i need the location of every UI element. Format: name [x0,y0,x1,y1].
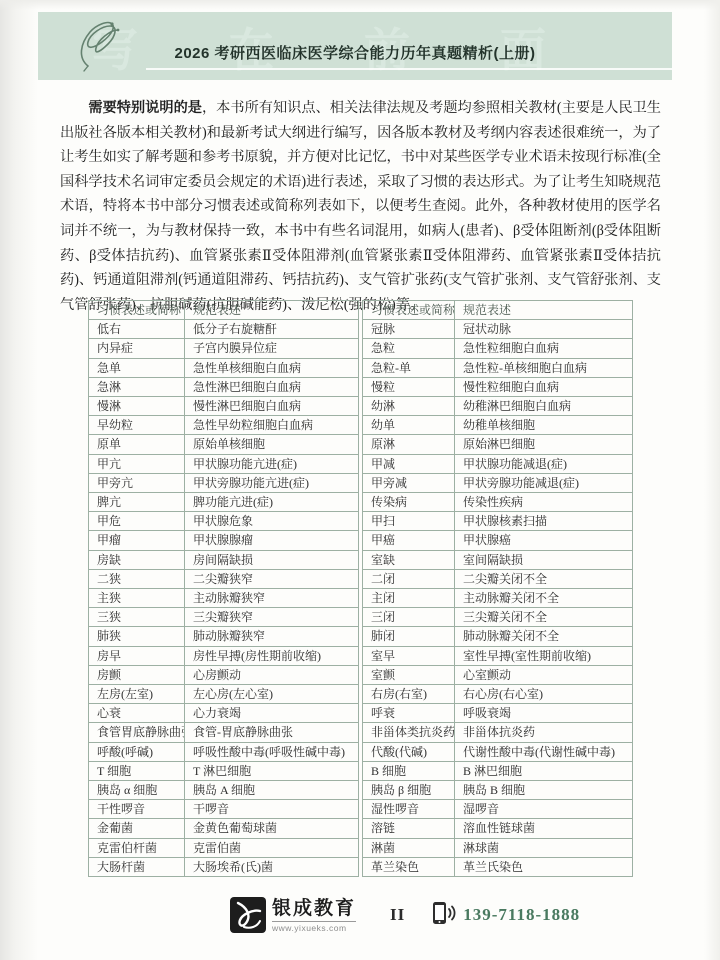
table-row: 急单急性单核细胞白血病 [89,358,359,377]
table-row: 慢淋慢性淋巴细胞白血病 [89,397,359,416]
table-cell: 室早 [363,646,455,665]
table-row: 食管胃底静脉曲张食管-胃底静脉曲张 [89,723,359,742]
phone-number: 139-7118-1888 [463,905,580,925]
table-row: 早幼粒急性早幼粒细胞白血病 [89,416,359,435]
table-row: 三闭三尖瓣关闭不全 [363,608,633,627]
table-cell: 甲旁减 [363,473,455,492]
table-cell: 急性单核细胞白血病 [185,358,359,377]
phone-icon [431,900,457,931]
table-row: 甲旁亢甲状旁腺功能亢进(症) [89,473,359,492]
table-cell: 金黄色葡萄球菌 [185,819,359,838]
table-row: 主闭主动脉瓣关闭不全 [363,589,633,608]
table-row: 室颤心室颤动 [363,665,633,684]
table-cell: 左心房(左心室) [185,685,359,704]
table-cell: 幼稚单核细胞 [455,416,633,435]
table-cell: 右心房(右心室) [455,685,633,704]
table-cell: 急单 [89,358,185,377]
table-cell: 心力衰竭 [185,704,359,723]
table-cell: 甲状旁腺功能亢进(症) [185,473,359,492]
table-row: 慢粒慢性粒细胞白血病 [363,377,633,396]
table-cell: 脾亢 [89,493,185,512]
table-cell: 革兰染色 [363,857,455,876]
table-cell: 食管-胃底静脉曲张 [185,723,359,742]
table-cell: 原始淋巴细胞 [455,435,633,454]
table-header-row: 习惯表述或简称 规范表述 [89,301,359,320]
table-cell: 甲瘤 [89,531,185,550]
table-row: 湿性啰音湿啰音 [363,800,633,819]
table-cell: 干啰音 [185,800,359,819]
table-row: 房颤心房颤动 [89,665,359,684]
table-cell: 心室颤动 [455,665,633,684]
table-cell: 幼淋 [363,397,455,416]
table-row: 原淋原始淋巴细胞 [363,435,633,454]
table-cell: 肺动脉瓣关闭不全 [455,627,633,646]
table-row: 原单原始单核细胞 [89,435,359,454]
table-row: 房早房性早搏(房性期前收缩) [89,646,359,665]
table-cell: 二狭 [89,569,185,588]
table-cell: 呼吸衰竭 [455,704,633,723]
table-row: 急粒急性粒细胞白血病 [363,339,633,358]
table-cell: 原单 [89,435,185,454]
table-cell: 胰岛 α 细胞 [89,781,185,800]
table-row: 甲癌甲状腺癌 [363,531,633,550]
table-cell: 肺狭 [89,627,185,646]
table-cell: 幼稚淋巴细胞白血病 [455,397,633,416]
table-cell: 心衰 [89,704,185,723]
table-row: 左房(左室)左心房(左心室) [89,685,359,704]
table-cell: 溶链 [363,819,455,838]
table-row: 代酸(代碱)代谢性酸中毒(代谢性碱中毒) [363,742,633,761]
table-row: 主狭主动脉瓣狭窄 [89,589,359,608]
table-cell: 胰岛 β 细胞 [363,781,455,800]
table-cell: 主动脉瓣狭窄 [185,589,359,608]
table-row: T 细胞T 淋巴细胞 [89,761,359,780]
table-row: 室早室性早搏(室性期前收缩) [363,646,633,665]
table-cell: 慢淋 [89,397,185,416]
publisher-website: www.yixueks.com [272,921,356,933]
table-cell: 原始单核细胞 [185,435,359,454]
banner-decorative-line [146,68,672,70]
table-cell: 食管胃底静脉曲张 [89,723,185,742]
table-cell: 房早 [89,646,185,665]
table-cell: 甲状腺癌 [455,531,633,550]
publisher-logo-icon [230,897,266,933]
table-cell: 急性早幼粒细胞白血病 [185,416,359,435]
table-cell: 甲状腺功能亢进(症) [185,454,359,473]
table-cell: 急性粒细胞白血病 [455,339,633,358]
column-header-habitual: 习惯表述或简称 [363,301,455,320]
table-cell: 急性粒-单核细胞白血病 [455,358,633,377]
table-cell: 子宫内膜异位症 [185,339,359,358]
table-row: 心衰心力衰竭 [89,704,359,723]
table-cell: 淋菌 [363,838,455,857]
table-cell: 早幼粒 [89,416,185,435]
table-row: 大肠杆菌大肠埃希(氏)菌 [89,857,359,876]
table-row: 胰岛 α 细胞胰岛 A 细胞 [89,781,359,800]
table-cell: 甲状腺核素扫描 [455,512,633,531]
table-row: 二闭二尖瓣关闭不全 [363,569,633,588]
table-cell: 房颤 [89,665,185,684]
table-header-row: 习惯表述或简称 规范表述 [363,301,633,320]
table-row: 急淋急性淋巴细胞白血病 [89,377,359,396]
table-cell: 甲亢 [89,454,185,473]
glossary-table-right: 习惯表述或简称 规范表述 冠脉冠状动脉急粒急性粒细胞白血病急粒-单急性粒-单核细… [362,300,633,877]
table-row: 甲扫甲状腺核素扫描 [363,512,633,531]
table-row: 冠脉冠状动脉 [363,320,633,339]
table-cell: 大肠埃希(氏)菌 [185,857,359,876]
table-cell: 代谢性酸中毒(代谢性碱中毒) [455,742,633,761]
table-cell: T 淋巴细胞 [185,761,359,780]
table-cell: 克雷伯杆菌 [89,838,185,857]
table-cell: 代酸(代碱) [363,742,455,761]
table-row: 革兰染色革兰氏染色 [363,857,633,876]
table-cell: 甲状腺腺瘤 [185,531,359,550]
table-row: 三狭三尖瓣狭窄 [89,608,359,627]
table-cell: 肺闭 [363,627,455,646]
table-cell: 传染性疾病 [455,493,633,512]
table-cell: 三尖瓣关闭不全 [455,608,633,627]
table-cell: 呼吸性酸中毒(呼吸性碱中毒) [185,742,359,761]
table-cell: B 细胞 [363,761,455,780]
table-cell: 室间隔缺损 [455,550,633,569]
table-cell: 甲旁亢 [89,473,185,492]
table-row: 淋菌淋球菌 [363,838,633,857]
table-row: 肺狭肺动脉瓣狭窄 [89,627,359,646]
table-cell: 房性早搏(房性期前收缩) [185,646,359,665]
table-cell: 三狭 [89,608,185,627]
table-cell: 甲状旁腺功能减退(症) [455,473,633,492]
publisher-name: 银成教育 [272,898,356,920]
page-footer: 银成教育 www.yixueks.com II 139-7118-1888 [230,894,580,936]
table-row: 右房(右室)右心房(右心室) [363,685,633,704]
table-cell: 原淋 [363,435,455,454]
table-cell: 甲状腺功能减退(症) [455,454,633,473]
table-row: 克雷伯杆菌克雷伯菌 [89,838,359,857]
table-cell: 急性淋巴细胞白血病 [185,377,359,396]
scan-shadow-right [704,0,720,960]
header-banner: 写在前面 2026 考研西医临床医学综合能力历年真题精析(上册) [38,12,672,80]
scan-shadow-top [0,0,720,10]
table-cell: 冠状动脉 [455,320,633,339]
notice-body-text: ，本书所有知识点、相关法律法规及考题均参照相关教材(主要是人民卫生出版社各版本相… [60,100,661,313]
table-row: 呼衰呼吸衰竭 [363,704,633,723]
table-cell: 冠脉 [363,320,455,339]
table-cell: 房缺 [89,550,185,569]
table-cell: 急淋 [89,377,185,396]
table-cell: 大肠杆菌 [89,857,185,876]
table-cell: 三闭 [363,608,455,627]
notice-lead-text: 需要特别说明的是 [88,100,202,116]
table-row: 脾亢脾功能亢进(症) [89,493,359,512]
table-row: 胰岛 β 细胞胰岛 B 细胞 [363,781,633,800]
column-header-standard: 规范表述 [185,301,359,320]
table-cell: T 细胞 [89,761,185,780]
table-row: 溶链溶血性链球菌 [363,819,633,838]
table-cell: 干性啰音 [89,800,185,819]
table-row: 金葡菌金黄色葡萄球菌 [89,819,359,838]
column-header-standard: 规范表述 [455,301,633,320]
table-cell: 二闭 [363,569,455,588]
table-cell: 室颤 [363,665,455,684]
table-row: 房缺房间隔缺损 [89,550,359,569]
table-row: 内异症子宫内膜异位症 [89,339,359,358]
table-cell: 低右 [89,320,185,339]
table-cell: 房间隔缺损 [185,550,359,569]
table-row: 甲瘤甲状腺腺瘤 [89,531,359,550]
table-cell: 湿啰音 [455,800,633,819]
table-cell: 甲癌 [363,531,455,550]
table-row: 二狭二尖瓣狭窄 [89,569,359,588]
table-cell: 非甾体类抗炎药 [363,723,455,742]
table-cell: 二尖瓣关闭不全 [455,569,633,588]
table-cell: 主闭 [363,589,455,608]
column-header-habitual: 习惯表述或简称 [89,301,185,320]
table-row: 急粒-单急性粒-单核细胞白血病 [363,358,633,377]
table-cell: 克雷伯菌 [185,838,359,857]
table-row: 甲危甲状腺危象 [89,512,359,531]
table-cell: 慢性粒细胞白血病 [455,377,633,396]
table-cell: 淋球菌 [455,838,633,857]
table-cell: 慢粒 [363,377,455,396]
book-title: 2026 考研西医临床医学综合能力历年真题精析(上册) [38,42,672,63]
publisher-brand-block: 银成教育 www.yixueks.com [272,898,356,933]
table-cell: 左房(左室) [89,685,185,704]
table-row: 幼淋幼稚淋巴细胞白血病 [363,397,633,416]
table-cell: 胰岛 B 细胞 [455,781,633,800]
glossary-table-left: 习惯表述或简称 规范表述 低右低分子右旋糖酐内异症子宫内膜异位症急单急性单核细胞… [88,300,359,877]
table-cell: 内异症 [89,339,185,358]
table-cell: 低分子右旋糖酐 [185,320,359,339]
table-cell: 甲减 [363,454,455,473]
table-row: 幼单幼稚单核细胞 [363,416,633,435]
table-cell: 呼酸(呼碱) [89,742,185,761]
table-row: 呼酸(呼碱)呼吸性酸中毒(呼吸性碱中毒) [89,742,359,761]
table-cell: 幼单 [363,416,455,435]
table-cell: 非甾体抗炎药 [455,723,633,742]
table-cell: 甲危 [89,512,185,531]
page-number: II [390,905,405,925]
table-cell: 传染病 [363,493,455,512]
table-row: 甲旁减甲状旁腺功能减退(症) [363,473,633,492]
table-cell: 二尖瓣狭窄 [185,569,359,588]
table-cell: 急粒-单 [363,358,455,377]
table-cell: 甲扫 [363,512,455,531]
table-cell: 湿性啰音 [363,800,455,819]
table-cell: 溶血性链球菌 [455,819,633,838]
table-cell: 右房(右室) [363,685,455,704]
notice-paragraph: 需要特别说明的是，本书所有知识点、相关法律法规及考题均参照相关教材(主要是人民卫… [60,96,661,317]
table-cell: B 淋巴细胞 [455,761,633,780]
table-cell: 主动脉瓣关闭不全 [455,589,633,608]
table-row: 室缺室间隔缺损 [363,550,633,569]
table-row: 肺闭肺动脉瓣关闭不全 [363,627,633,646]
table-cell: 心房颤动 [185,665,359,684]
table-row: 非甾体类抗炎药非甾体抗炎药 [363,723,633,742]
table-cell: 慢性淋巴细胞白血病 [185,397,359,416]
table-row: 传染病传染性疾病 [363,493,633,512]
table-cell: 甲状腺危象 [185,512,359,531]
table-cell: 三尖瓣狭窄 [185,608,359,627]
table-row: 甲亢甲状腺功能亢进(症) [89,454,359,473]
table-cell: 革兰氏染色 [455,857,633,876]
table-row: B 细胞B 淋巴细胞 [363,761,633,780]
table-cell: 呼衰 [363,704,455,723]
table-row: 低右低分子右旋糖酐 [89,320,359,339]
table-cell: 脾功能亢进(症) [185,493,359,512]
table-cell: 金葡菌 [89,819,185,838]
table-cell: 室缺 [363,550,455,569]
scan-shadow-left [0,0,38,960]
table-cell: 肺动脉瓣狭窄 [185,627,359,646]
table-row: 甲减甲状腺功能减退(症) [363,454,633,473]
table-cell: 室性早搏(室性期前收缩) [455,646,633,665]
table-cell: 主狭 [89,589,185,608]
table-row: 干性啰音干啰音 [89,800,359,819]
table-cell: 急粒 [363,339,455,358]
table-cell: 胰岛 A 细胞 [185,781,359,800]
